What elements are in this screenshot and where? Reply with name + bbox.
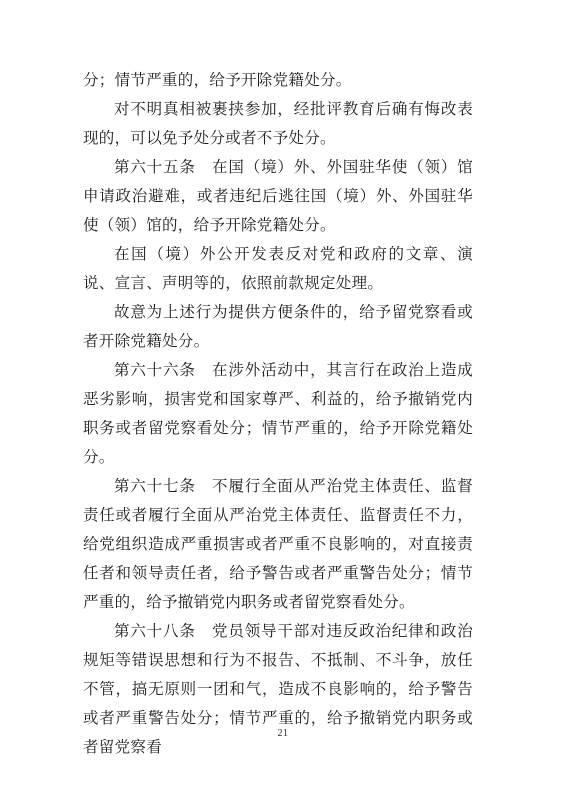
paragraph: 在国（境）外公开发表反对党和政府的文章、演说、宣言、声明等的，依照前款规定处理。 <box>83 240 473 298</box>
paragraph-article-67: 第六十七条 不履行全面从严治党主体责任、监督责任或者履行全面从严治党主体责任、监… <box>83 472 473 617</box>
paragraph-article-65: 第六十五条 在国（境）外、外国驻华使（领）馆申请政治避难，或者违纪后逃往国（境）… <box>83 153 473 240</box>
paragraph: 故意为上述行为提供方便条件的，给予留党察看或者开除党籍处分。 <box>83 298 473 356</box>
paragraph: 对不明真相被裹挟参加，经批评教育后确有悔改表现的，可以免予处分或者不予处分。 <box>83 95 473 153</box>
paragraph: 分；情节严重的，给予开除党籍处分。 <box>83 66 473 95</box>
paragraph-article-66: 第六十六条 在涉外活动中，其言行在政治上造成恶劣影响，损害党和国家尊严、利益的，… <box>83 356 473 472</box>
document-page: 分；情节严重的，给予开除党籍处分。 对不明真相被裹挟参加，经批评教育后确有悔改表… <box>0 0 566 800</box>
page-number: 21 <box>0 728 566 739</box>
document-body: 分；情节严重的，给予开除党籍处分。 对不明真相被裹挟参加，经批评教育后确有悔改表… <box>83 66 473 762</box>
paragraph-article-68: 第六十八条 党员领导干部对违反政治纪律和政治规矩等错误思想和行为不报告、不抵制、… <box>83 617 473 762</box>
